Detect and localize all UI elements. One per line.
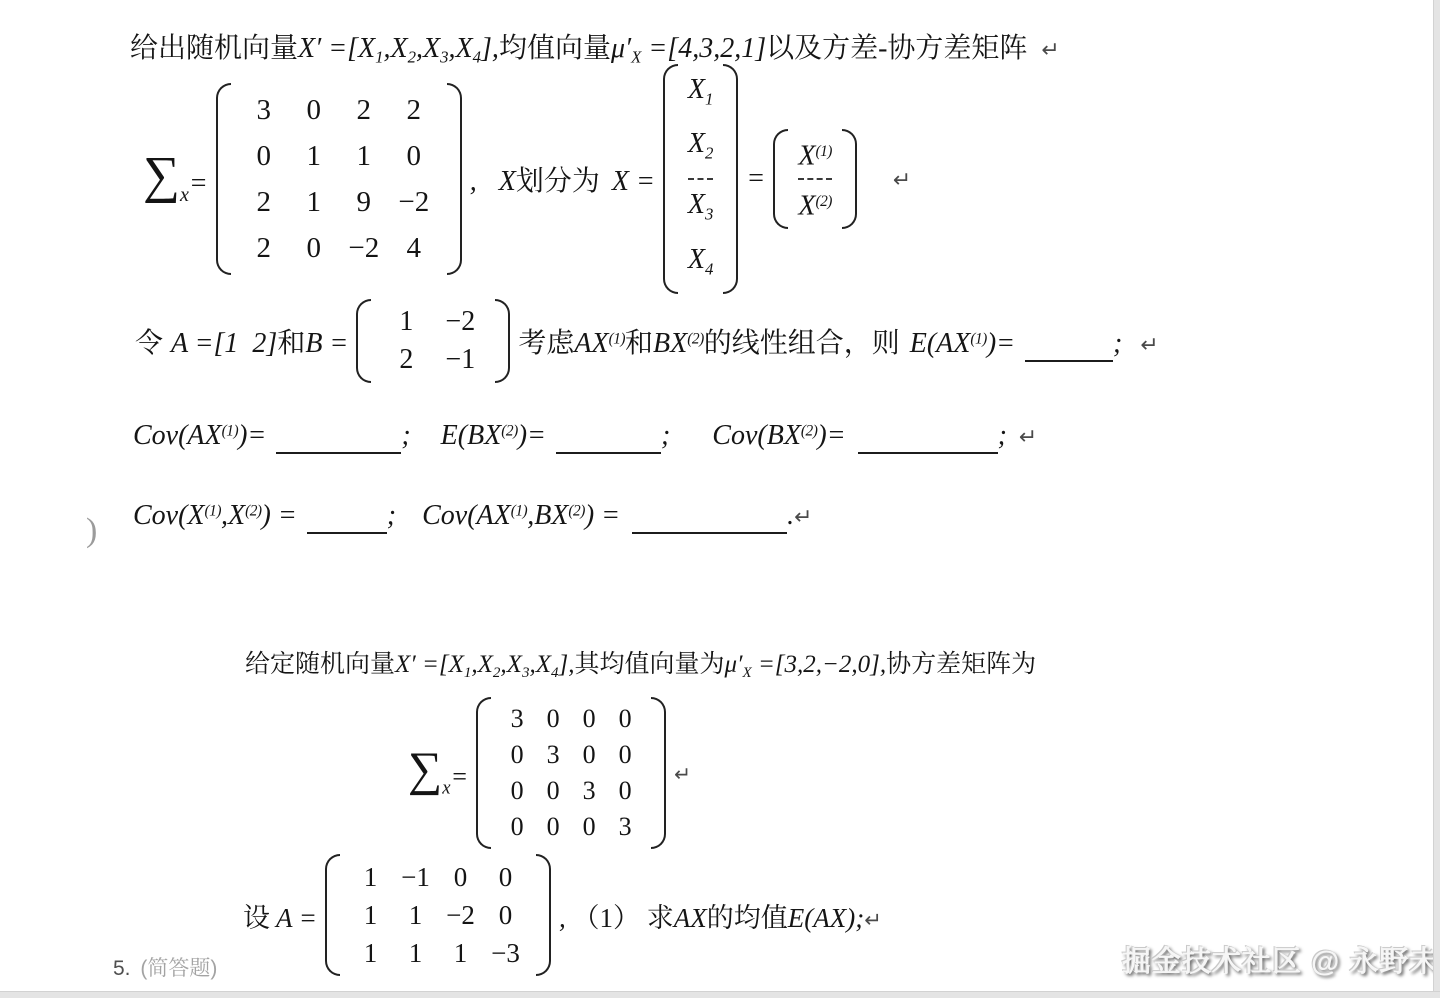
spacer: [846, 420, 858, 452]
matrix-grid: 30220110219−220−24: [231, 83, 447, 275]
matrix-grid: 1−10011−20111−3: [340, 854, 536, 976]
ab-post-text: 考虑AX(1)和BX(2)的线性组合，则 E(AX(1))= ; ↵: [518, 321, 1158, 362]
text-segment: μ′: [724, 651, 742, 678]
text-segment: =[4,3,2,1]: [641, 33, 766, 64]
text-segment: (2): [501, 423, 517, 440]
matrix-cell: 2: [339, 87, 389, 133]
spacer: [396, 500, 422, 532]
text-segment: 和: [277, 328, 305, 359]
matrix-cell: 1: [289, 179, 339, 225]
text-segment: Cov(X: [133, 500, 205, 531]
matrix-cell: −2: [339, 225, 389, 271]
text-segment: X′ =[X: [395, 651, 464, 678]
matrix-cell: 1: [289, 133, 339, 179]
text-segment: =[3,2,−2,0],: [752, 651, 886, 678]
text-segment: ;: [1113, 328, 1122, 359]
left-paren: [476, 697, 491, 849]
text-segment: 的线性组合，则: [704, 328, 900, 359]
text-segment: ,: [559, 903, 573, 933]
text-segment: )=: [238, 420, 266, 451]
text-segment: Cov(AX: [422, 500, 511, 531]
text-segment: ,X: [449, 33, 473, 64]
spacer: [1015, 328, 1025, 360]
spacer: [1122, 328, 1140, 360]
x-block-column: X(1) X(2): [788, 129, 842, 230]
text-segment: 其均值向量为: [574, 651, 724, 678]
matrix-cell: 3: [535, 737, 571, 773]
sigma-x-matrix-2: 3000030000300003: [476, 697, 666, 849]
left-paren: [773, 129, 788, 230]
right-paren: [842, 129, 857, 230]
return-mark-group: ↵: [674, 758, 691, 788]
text-segment: ],: [558, 651, 574, 678]
matrix-cell: 2: [389, 87, 439, 133]
text-segment: ) =: [585, 500, 620, 531]
matrix-cell: −1: [393, 858, 438, 896]
scrollbar-track-bottom[interactable]: [0, 991, 1440, 998]
x-partition-vector: X1 X2 X3 X4: [663, 64, 739, 294]
matrix-cell: 0: [499, 773, 535, 809]
text-segment: μ′: [611, 33, 631, 64]
text-segment: ;: [401, 420, 410, 451]
return-mark-icon: ↵: [1140, 333, 1158, 358]
right-paren: [536, 854, 551, 976]
answer-blank: [556, 420, 661, 454]
text-segment: E(BX: [441, 420, 502, 451]
problem1-sigma-definition: ∑x= 30220110219−220−24 , X划分为 X = X1 X2 …: [143, 88, 911, 270]
text-segment: ,: [470, 166, 477, 197]
matrix-cell: 0: [535, 701, 571, 737]
vector-entry: X3: [688, 182, 714, 237]
text-segment: ,X: [221, 500, 245, 531]
text-segment: ],: [481, 33, 499, 64]
right-paren: [723, 64, 738, 294]
x-block-vector: X(1) X(2): [773, 129, 857, 230]
text-segment: X′ =[X: [298, 33, 375, 64]
right-paren: [447, 83, 462, 275]
text-segment: A =[1 2]: [171, 328, 277, 359]
text-segment: X =: [612, 166, 655, 197]
a-pre-text: 设 A =: [243, 896, 317, 935]
spacer: [546, 420, 556, 452]
text-segment: (2): [801, 423, 817, 440]
return-mark-icon: ↵: [794, 505, 812, 530]
text-segment: 令: [135, 328, 163, 359]
matrix-cell: 1: [348, 934, 393, 972]
matrix-cell: 0: [239, 133, 289, 179]
answer-blank: [632, 500, 787, 534]
stray-paren: ): [86, 512, 97, 550]
text-segment: Cov(BX: [712, 420, 801, 451]
matrix-cell: 0: [571, 809, 607, 845]
text-segment: x: [442, 778, 450, 799]
matrix-cell: 1: [348, 896, 393, 934]
text-segment: 设: [243, 903, 270, 933]
text-segment: 给出随机向量: [130, 33, 298, 64]
spacer: [266, 420, 276, 452]
matrix-cell: 0: [289, 87, 339, 133]
vector-entry: X4: [688, 237, 714, 292]
text-segment: AX: [674, 903, 707, 933]
matrix-cell: −2: [438, 896, 483, 934]
answer-blank: [276, 420, 401, 454]
spacer: [163, 328, 171, 360]
return-mark-icon: ↵: [674, 762, 691, 786]
text-segment: 的均值: [707, 903, 788, 933]
matrix-cell: −2: [433, 303, 487, 341]
matrix-cell: 9: [339, 179, 389, 225]
return-mark-icon: ↵: [864, 907, 882, 932]
text-segment: A =: [276, 903, 317, 933]
text-segment: 和: [625, 328, 653, 359]
text-segment: 4: [473, 47, 481, 66]
b-matrix: 1−22−1: [356, 299, 510, 383]
left-paren: [663, 64, 678, 294]
vector-entry: X2: [688, 121, 714, 176]
text-segment: ,X: [529, 651, 551, 678]
text-segment: AX: [574, 328, 608, 359]
text-segment: )=: [817, 420, 845, 451]
matrix-cell: 3: [607, 809, 643, 845]
text-segment: (2): [245, 503, 261, 520]
text-segment: =: [451, 762, 469, 791]
right-paren: [651, 697, 666, 849]
text-segment: )=: [518, 420, 546, 451]
text-segment: Cov(AX: [133, 420, 222, 451]
text-segment: (1): [970, 330, 986, 347]
text-segment: E(AX): [788, 903, 855, 933]
matrix-cell: 1: [393, 896, 438, 934]
spacer: [411, 420, 441, 452]
text-segment: 均值向量: [499, 33, 611, 64]
matrix-cell: 3: [239, 87, 289, 133]
matrix-cell: 1: [339, 133, 389, 179]
matrix-cell: 2: [239, 225, 289, 271]
text-segment: ,X: [500, 651, 522, 678]
vector-entry: X(1): [798, 132, 832, 176]
text-segment: X: [631, 47, 641, 66]
spacer: [670, 420, 712, 452]
text-segment: ;: [998, 420, 1007, 451]
matrix-cell: 0: [535, 773, 571, 809]
text-segment: 2: [408, 47, 416, 66]
matrix-cell: 0: [607, 737, 643, 773]
text-segment: ,X: [384, 33, 408, 64]
matrix-cell: 1: [348, 858, 393, 896]
sigma-equals: ∑x=: [143, 150, 208, 207]
problem2-a-definition: 设 A = 1−10011−20111−3 , （1） 求AX的均值E(AX);…: [243, 855, 882, 975]
answer-blank: [858, 420, 998, 454]
text-segment: E(AX: [910, 328, 971, 359]
matrix-grid: 1−22−1: [371, 299, 495, 383]
matrix-cell: 0: [607, 701, 643, 737]
right-paren: [495, 299, 510, 383]
spacer: [600, 166, 612, 198]
text-segment: X: [499, 166, 516, 197]
spacer: [1007, 420, 1019, 452]
matrix-cell: 0: [483, 858, 528, 896]
matrix-cell: −2: [389, 179, 439, 225]
matrix-cell: 0: [499, 737, 535, 773]
text-segment: (2): [687, 330, 703, 347]
watermark: 掘金技术社区 @ 永野未久: [1122, 939, 1440, 980]
answer-blank: [1025, 328, 1113, 362]
text-segment: X: [743, 665, 752, 681]
problem1-ab-definition: 令 A =[1 2]和B = 1−22−1 考虑AX(1)和BX(2)的线性组合…: [135, 298, 1159, 384]
matrix-cell: 1: [438, 934, 483, 972]
matrix-cell: 1: [393, 934, 438, 972]
matrix-cell: 0: [483, 896, 528, 934]
text-segment: )=: [987, 328, 1015, 359]
text-segment: (1): [511, 503, 527, 520]
matrix-cell: 0: [571, 701, 607, 737]
sigma-x-matrix: 30220110219−220−24: [216, 83, 462, 275]
text-segment: 1: [375, 47, 383, 66]
problem1-cov-blanks-row1: Cov(AX(1))= ; E(BX(2))= ; Cov(BX(2))= ; …: [133, 420, 1037, 454]
text-segment: (1): [609, 330, 625, 347]
partition-dash: [688, 178, 714, 180]
text-segment: 3: [440, 47, 448, 66]
text-segment: (1): [222, 423, 238, 440]
text-segment: 考虑: [518, 328, 574, 359]
vector-entry: X(2): [798, 182, 832, 226]
spacer: [620, 500, 632, 532]
matrix-grid: 3000030000300003: [491, 697, 651, 849]
return-mark-icon: ↵: [1019, 425, 1037, 450]
text-segment: x: [180, 185, 189, 207]
question-footer: 5. (简答题): [113, 952, 217, 982]
return-mark-icon: ↵: [893, 168, 911, 193]
matrix-cell: 0: [535, 809, 571, 845]
matrix-cell: −3: [483, 934, 528, 972]
text-segment: ,X: [416, 33, 440, 64]
text-segment: 划分为: [516, 166, 600, 197]
text-segment: ∑: [143, 147, 180, 204]
problem1-intro: 给出随机向量X′ =[X1,X2,X3,X4],均值向量μ′X =[4,3,2,…: [130, 26, 1060, 67]
partition-text: , X划分为 X =: [470, 159, 655, 199]
spacer: [1027, 33, 1041, 65]
matrix-cell: 0: [289, 225, 339, 271]
text-segment: =: [746, 163, 765, 194]
matrix-cell: 3: [499, 701, 535, 737]
vector-entry: X1: [688, 67, 714, 122]
question-number: 5.: [113, 957, 131, 980]
question-type-label: (简答题): [140, 957, 217, 980]
text-segment: B =: [305, 328, 348, 359]
spacer: [900, 328, 910, 360]
text-segment: 以及方差-协方差矩阵: [766, 33, 1027, 64]
matrix-cell: 2: [379, 341, 433, 379]
problem2-intro: 给定随机向量X′ =[X1,X2,X3,X4],其均值向量为μ′X =[3,2,…: [245, 644, 1036, 682]
text-segment: 协方差矩阵为: [886, 651, 1036, 678]
spacer: [297, 500, 307, 532]
spacer: [477, 166, 499, 198]
ab-pre-text: 令 A =[1 2]和B =: [135, 321, 348, 361]
matrix-cell: 2: [239, 179, 289, 225]
text-segment: (1): [205, 503, 221, 520]
spacer: [865, 163, 893, 195]
text-segment: BX: [653, 328, 687, 359]
matrix-cell: 0: [607, 773, 643, 809]
text-segment: ,X: [471, 651, 493, 678]
a-matrix: 1−10011−20111−3: [325, 854, 551, 976]
sigma-equals: ∑x=: [408, 746, 468, 799]
matrix-cell: 0: [389, 133, 439, 179]
text-segment: ,BX: [527, 500, 568, 531]
x-vector-column: X1 X2 X3 X4: [678, 64, 724, 294]
return-mark-icon: ↵: [1041, 38, 1059, 63]
left-paren: [325, 854, 340, 976]
matrix-cell: 4: [389, 225, 439, 271]
matrix-cell: 1: [379, 303, 433, 341]
left-paren: [216, 83, 231, 275]
return-mark-group: ↵: [865, 163, 911, 195]
text-segment: ;: [855, 903, 864, 933]
matrix-cell: 0: [499, 809, 535, 845]
text-segment: =: [189, 168, 208, 199]
answer-blank: [307, 500, 387, 534]
text-segment: ) =: [262, 500, 297, 531]
left-paren: [356, 299, 371, 383]
text-segment: ∑: [408, 743, 442, 796]
text-segment: ;: [661, 420, 670, 451]
scrollbar-track-right[interactable]: [1433, 0, 1440, 998]
problem2-sigma-definition: ∑x= 3000030000300003 ↵: [408, 697, 691, 849]
matrix-cell: 0: [438, 858, 483, 896]
text-segment: ;: [387, 500, 396, 531]
text-segment: 给定随机向量: [245, 651, 395, 678]
problem1-cov-blanks-row2: Cov(X(1),X(2)) = ; Cov(AX(1),BX(2)) = .↵: [133, 500, 812, 534]
partition-dash: [798, 178, 832, 180]
a-post-text: , （1） 求AX的均值E(AX);↵: [559, 896, 882, 935]
equals-sign: =: [746, 163, 765, 195]
text-segment: （1） 求: [572, 903, 673, 933]
matrix-cell: 0: [571, 737, 607, 773]
matrix-cell: 3: [571, 773, 607, 809]
text-segment: (2): [568, 503, 584, 520]
matrix-cell: −1: [433, 341, 487, 379]
